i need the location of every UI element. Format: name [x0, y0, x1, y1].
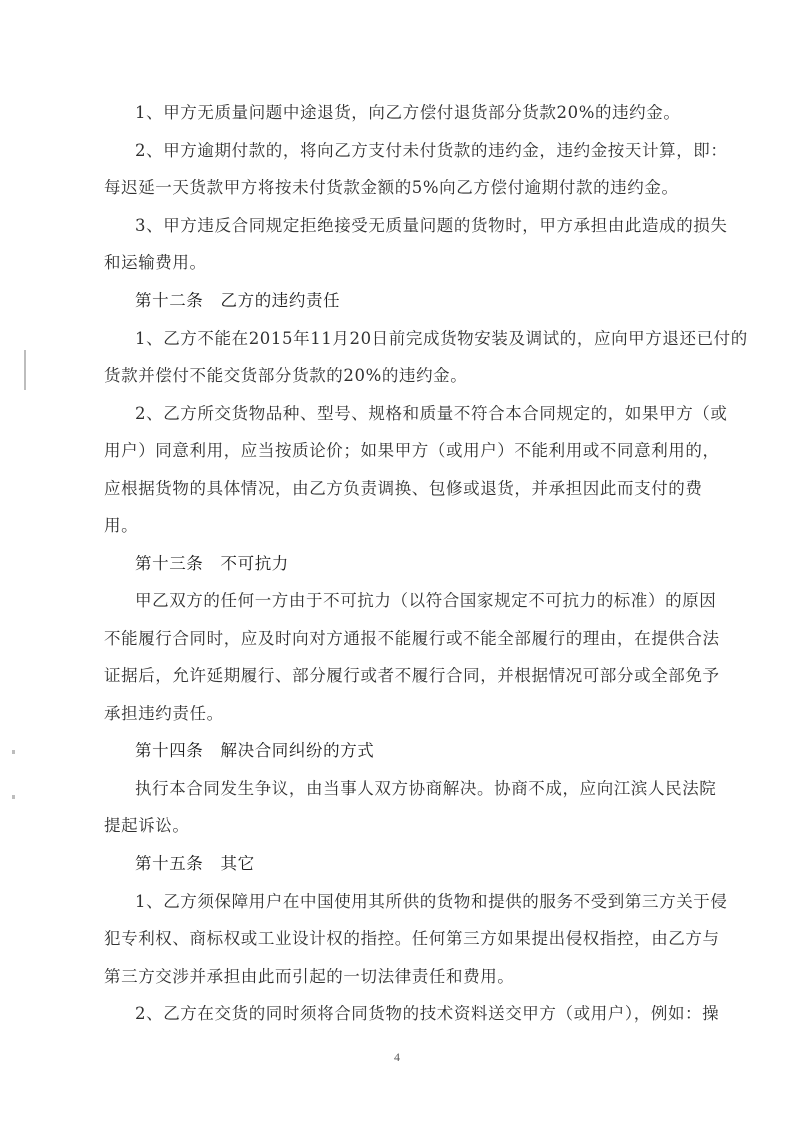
text-line: 和运输费用。: [104, 252, 714, 274]
scan-artifact: [12, 750, 15, 754]
text-line: 2、甲方逾期付款的，将向乙方支付未付货款的违约金，违约金按天计算，即：: [135, 140, 745, 162]
text-line: 应根据货物的具体情况，由乙方负责调换、包修或退货，并承担因此而支付的费: [104, 478, 714, 500]
scan-artifact: [24, 350, 26, 390]
text-line: 用户）同意利用，应当按质论价；如果甲方（或用户）不能利用或不同意利用的，: [104, 440, 714, 462]
section-heading: 第十四条 解决合同纠纷的方式: [135, 740, 745, 762]
text-line: 1、甲方无质量问题中途退货，向乙方偿付退货部分货款20%的违约金。: [135, 102, 745, 124]
text-line: 1、乙方不能在2015年11月20日前完成货物安装及调试的，应向甲方退还已付的: [135, 328, 745, 350]
text-line: 甲乙双方的任何一方由于不可抗力（以符合国家规定不可抗力的标准）的原因: [135, 590, 745, 612]
text-line: 第三方交涉并承担由此而引起的一切法律责任和费用。: [104, 966, 714, 988]
text-line: 不能履行合同时，应及时向对方通报不能履行或不能全部履行的理由，在提供合法: [104, 628, 714, 650]
section-heading: 第十五条 其它: [135, 853, 745, 875]
scan-artifact: [12, 795, 15, 799]
text-line: 2、乙方所交货物品种、型号、规格和质量不符合本合同规定的，如果甲方（或: [135, 403, 745, 425]
text-line: 犯专利权、商标权或工业设计权的指控。任何第三方如果提出侵权指控，由乙方与: [104, 928, 714, 950]
text-line: 承担违约责任。: [104, 703, 714, 725]
text-line: 每迟延一天货款甲方将按未付货款金额的5%向乙方偿付逾期付款的违约金。: [104, 177, 714, 199]
text-line: 证据后，允许延期履行、部分履行或者不履行合同，并根据情况可部分或全部免予: [104, 665, 714, 687]
text-line: 执行本合同发生争议，由当事人双方协商解决。协商不成，应向江滨人民法院: [135, 778, 745, 800]
text-line: 1、乙方须保障用户在中国使用其所供的货物和提供的服务不受到第三方关于侵: [135, 891, 745, 913]
text-line: 用。: [104, 515, 714, 537]
document-page: 1、甲方无质量问题中途退货，向乙方偿付退货部分货款20%的违约金。2、甲方逾期付…: [0, 0, 800, 1131]
section-heading: 第十三条 不可抗力: [135, 553, 745, 575]
section-heading: 第十二条 乙方的违约责任: [135, 290, 745, 312]
text-line: 提起诉讼。: [104, 815, 714, 837]
text-line: 货款并偿付不能交货部分货款的20%的违约金。: [104, 365, 714, 387]
text-line: 2、乙方在交货的同时须将合同货物的技术资料送交甲方（或用户），例如：操: [135, 1003, 745, 1025]
page-number: 4: [394, 1050, 400, 1065]
text-line: 3、甲方违反合同规定拒绝接受无质量问题的货物时，甲方承担由此造成的损失: [135, 215, 745, 237]
